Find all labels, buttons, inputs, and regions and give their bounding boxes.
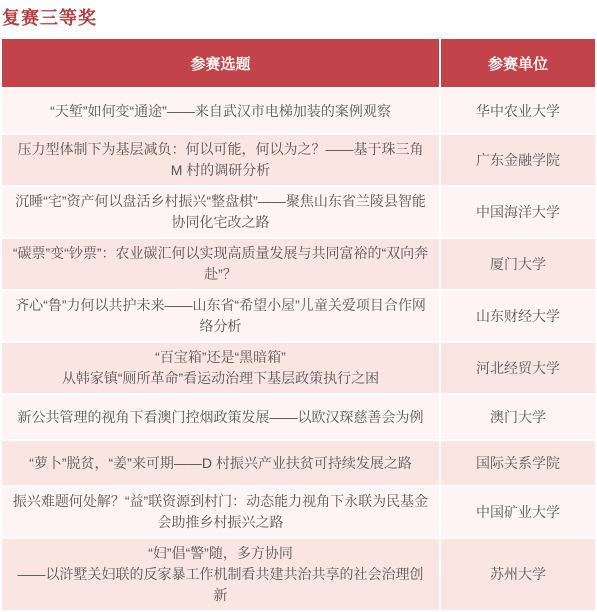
table-row: “百宝箱”还是“黑暗箱” 从韩家镇“厕所革命”看运动治理下基层政策执行之困 河北… (2, 343, 595, 393)
table-header: 参赛选题 参赛单位 (2, 39, 595, 87)
unit-cell: 广东金融学院 (441, 135, 595, 185)
table-row: 齐心“鲁”力何以共护未来——山东省“希望小屋”儿童关爱项目合作网络分析 山东财经… (2, 291, 595, 341)
unit-cell: 苏州大学 (441, 539, 595, 610)
topic-cell: “百宝箱”还是“黑暗箱” 从韩家镇“厕所革命”看运动治理下基层政策执行之困 (2, 343, 439, 393)
topic-cell: 新公共管理的视角下看澳门控烟政策发展——以欧汉琛慈善会为例 (2, 395, 439, 439)
unit-cell: 中国海洋大学 (441, 187, 595, 237)
topic-cell: “萝卜”脱贫，“姜”来可期——D 村振兴产业扶贫可持续发展之路 (2, 441, 439, 485)
table-row: 压力型体制下为基层减负：何以可能，何以为之？——基于珠三角 M 村的调研分析 广… (2, 135, 595, 185)
unit-cell: 厦门大学 (441, 239, 595, 289)
topic-cell: “碳票”变“钞票”：农业碳汇何以实现高质量发展与共同富裕的“双向奔赴”？ (2, 239, 439, 289)
unit-cell: 澳门大学 (441, 395, 595, 439)
table-row: 沉睡“宅”资产何以盘活乡村振兴“整盘棋”——聚焦山东省兰陵县智能协同化宅改之路 … (2, 187, 595, 237)
column-header-unit: 参赛单位 (441, 39, 595, 87)
unit-cell: 山东财经大学 (441, 291, 595, 341)
awards-table: 参赛选题 参赛单位 “天堑”如何变“通途”——来自武汉市电梯加装的案例观察 华中… (0, 37, 597, 612)
column-header-topic: 参赛选题 (2, 39, 439, 87)
unit-cell: 中国矿业大学 (441, 487, 595, 537)
topic-cell: 沉睡“宅”资产何以盘活乡村振兴“整盘棋”——聚焦山东省兰陵县智能协同化宅改之路 (2, 187, 439, 237)
table-row: “天堑”如何变“通途”——来自武汉市电梯加装的案例观察 华中农业大学 (2, 89, 595, 133)
table-row: “妇”倡“警”随，多方协同 ——以浒墅关妇联的反家暴工作机制看共建共治共享的社会… (2, 539, 595, 610)
table-row: 振兴难题何处解？“益”联资源到村门：动态能力视角下永联为民基金会助推乡村振兴之路… (2, 487, 595, 537)
topic-cell: “天堑”如何变“通途”——来自武汉市电梯加装的案例观察 (2, 89, 439, 133)
topic-cell: 振兴难题何处解？“益”联资源到村门：动态能力视角下永联为民基金会助推乡村振兴之路 (2, 487, 439, 537)
topic-cell: “妇”倡“警”随，多方协同 ——以浒墅关妇联的反家暴工作机制看共建共治共享的社会… (2, 539, 439, 610)
topic-cell: 齐心“鲁”力何以共护未来——山东省“希望小屋”儿童关爱项目合作网络分析 (2, 291, 439, 341)
table-body: “天堑”如何变“通途”——来自武汉市电梯加装的案例观察 华中农业大学 压力型体制… (2, 89, 595, 610)
page-title: 复赛三等奖 (2, 4, 597, 30)
table-header-row: 参赛选题 参赛单位 (2, 39, 595, 87)
topic-cell: 压力型体制下为基层减负：何以可能，何以为之？——基于珠三角 M 村的调研分析 (2, 135, 439, 185)
unit-cell: 华中农业大学 (441, 89, 595, 133)
table-row: 新公共管理的视角下看澳门控烟政策发展——以欧汉琛慈善会为例 澳门大学 (2, 395, 595, 439)
table-row: “碳票”变“钞票”：农业碳汇何以实现高质量发展与共同富裕的“双向奔赴”？ 厦门大… (2, 239, 595, 289)
page: 复赛三等奖 参赛选题 参赛单位 “天堑”如何变“通途”——来自武汉市电梯加装的案… (0, 4, 597, 612)
unit-cell: 河北经贸大学 (441, 343, 595, 393)
unit-cell: 国际关系学院 (441, 441, 595, 485)
table-row: “萝卜”脱贫，“姜”来可期——D 村振兴产业扶贫可持续发展之路 国际关系学院 (2, 441, 595, 485)
